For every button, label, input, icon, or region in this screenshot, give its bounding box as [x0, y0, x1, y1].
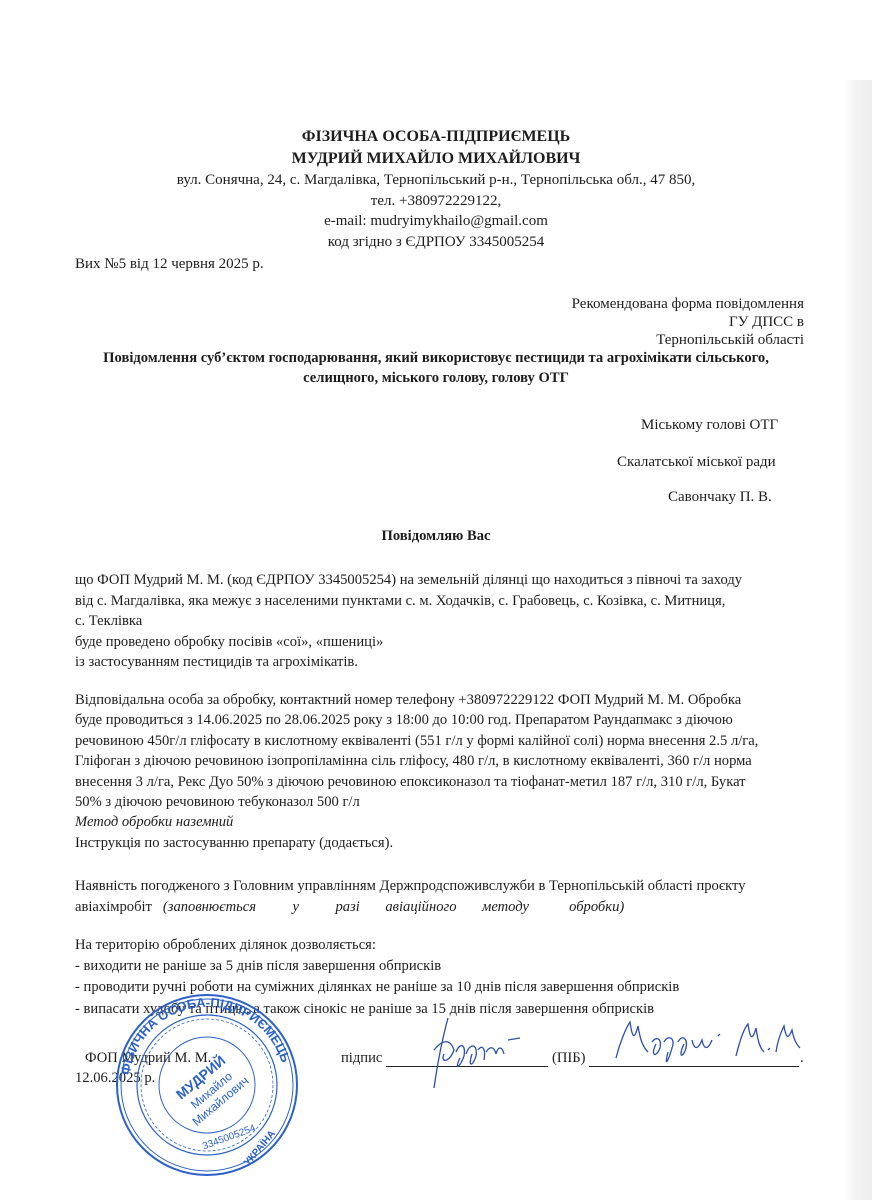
- official-stamp-icon: ФІЗИЧНА ОСОБА-ПІДПРИЄМЕЦЬ МУДРИЙ Михайло…: [112, 990, 302, 1180]
- responsible-line: буде проводиться з 14.06.2025 по 28.06.2…: [75, 710, 758, 730]
- aviation-line2: авіахімробіт (заповнюється у разі авіаці…: [75, 897, 746, 918]
- notice-line: із застосуванням пестицидів та агрохімік…: [75, 652, 742, 673]
- notice-line: буде проведено обробку посівів «сої», «п…: [75, 632, 742, 653]
- document-title-line1: Повідомлення суб’єктом господарювання, я…: [0, 350, 872, 367]
- responsible-line: внесення 3 л/га, Рекс Дуо 50% з діючою р…: [75, 772, 758, 792]
- letterhead-title: ФІЗИЧНА ОСОБА-ПІДПРИЄМЕЦЬ: [0, 128, 872, 146]
- letterhead-edrpou: код згідно з ЄДРПОУ 3345005254: [0, 234, 872, 251]
- responsible-line: Відповідальна особа за обробку, контактн…: [75, 690, 758, 710]
- notice-line: від с. Магдалівка, яка межує з населеним…: [75, 591, 742, 612]
- notice-line: що ФОП Мудрий М. М. (код ЄДРПОУ 33450052…: [75, 570, 742, 591]
- aviation-paragraph: Наявність погодженого з Головним управлі…: [75, 876, 746, 917]
- addressee-line3: Савончаку П. В.: [668, 489, 772, 506]
- responsible-line: речовиною 450г/л гліфосату в кислотному …: [75, 731, 758, 751]
- recommended-form-line3: Тернопільській області: [656, 332, 804, 349]
- letterhead-email: e-mail: mudryimykhailo@gmail.com: [0, 213, 872, 230]
- recommended-form-line1: Рекомендована форма повідомлення: [572, 296, 804, 313]
- aviation-prefix: авіахімробіт: [75, 899, 152, 915]
- letterhead-name: МУДРИЙ МИХАЙЛО МИХАЙЛОВИЧ: [0, 150, 872, 168]
- responsible-line: Гліфоган з діючою речовиною ізопропіламі…: [75, 751, 758, 771]
- sign-label: підпис: [341, 1050, 382, 1067]
- responsible-line: 50% з діючою речовиною тебуконазол 500 г…: [75, 792, 758, 812]
- handwritten-signature-icon: [420, 1010, 530, 1090]
- letterhead-address: вул. Сонячна, 24, с. Магдалівка, Тернопі…: [0, 172, 872, 189]
- aviation-note: (заповнюється у разі авіаційного методу …: [163, 899, 624, 915]
- handwritten-name-icon: [608, 1012, 808, 1072]
- document-title-line2: селищного, міського голову, голову ОТГ: [0, 370, 872, 387]
- notify-heading: Повідомляю Вас: [0, 528, 872, 545]
- permissions-heading: На територію оброблених ділянок дозволяє…: [75, 935, 679, 956]
- instruction-note: Інструкція по застосуванню препарату (до…: [75, 833, 758, 853]
- recommended-form-line2: ГУ ДПСС в: [729, 314, 804, 331]
- responsible-paragraph: Відповідальна особа за обробку, контактн…: [75, 690, 758, 853]
- addressee-line1: Міському голові ОТГ: [641, 417, 778, 434]
- pib-label: (ПІБ): [552, 1050, 586, 1067]
- letterhead-phone: тел. +380972229122,: [0, 193, 872, 210]
- aviation-line1: Наявність погодженого з Головним управлі…: [75, 876, 746, 897]
- treatment-method: Метод обробки наземний: [75, 812, 758, 832]
- addressee-line2: Скалатської міської ради: [617, 454, 776, 471]
- notice-paragraph: що ФОП Мудрий М. М. (код ЄДРПОУ 33450052…: [75, 570, 742, 673]
- outgoing-number: Вих №5 від 12 червня 2025 р.: [75, 256, 264, 273]
- notice-line: с. Теклівка: [75, 611, 742, 632]
- permission-item: - виходити не раніше за 5 днів після зав…: [75, 956, 679, 977]
